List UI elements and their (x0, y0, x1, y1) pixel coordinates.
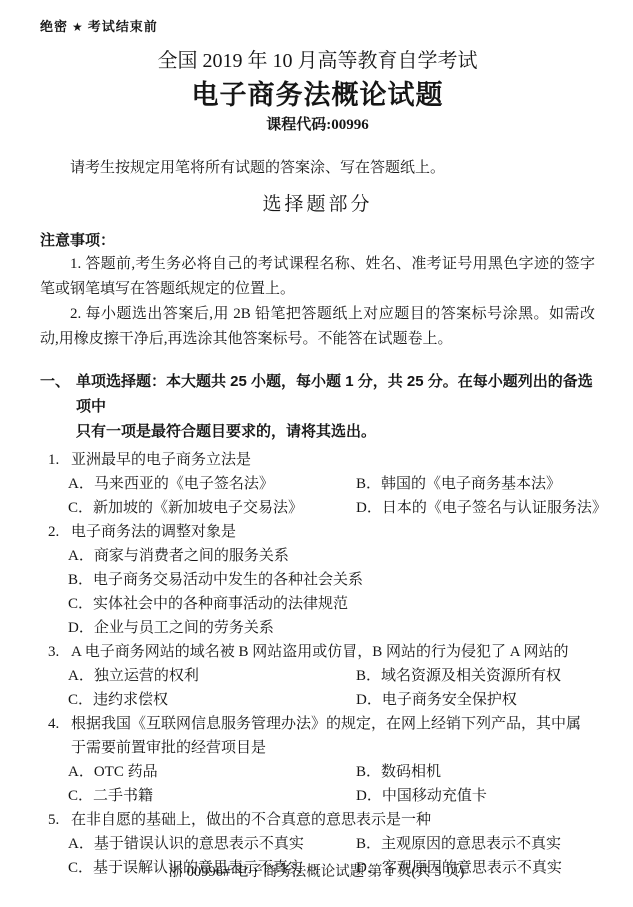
question-stem: 2.电子商务法的调整对象是 (48, 520, 595, 544)
notice-item-1: 1. 答题前,考生务必将自己的考试课程名称、姓名、准考证号用黑色字迹的签字笔或钢… (40, 252, 595, 302)
question-text: 在非自愿的基础上，做出的不合真意的意思表示是一种 (71, 812, 431, 828)
question-number: 1. (48, 448, 71, 472)
questions-list: 1.亚洲最早的电子商务立法是A．马来西亚的《电子签名法》B．韩国的《电子商务基本… (40, 448, 595, 880)
question-item: 2.电子商务法的调整对象是A．商家与消费者之间的服务关系B．电子商务交易活动中发… (48, 520, 595, 640)
question-item: 4.根据我国《互联网信息服务管理办法》的规定，在网上经销下列产品，其中属于需要前… (48, 712, 595, 808)
course-code-label: 课程代码 (266, 116, 326, 133)
classification-level: 绝密 (40, 19, 68, 34)
question-number: 4. (48, 712, 71, 736)
section-title: 选择题部分 (40, 192, 595, 217)
option-D: D．日本的《电子签名与认证服务法》 (356, 496, 607, 520)
question-stem: 3.A 电子商务网站的域名被 B 网站盗用或仿冒，B 网站的行为侵犯了 A 网站… (48, 640, 595, 664)
course-code-value: :00996 (326, 117, 369, 133)
option-D: D．企业与员工之间的劳务关系 (68, 616, 595, 640)
question-number: 2. (48, 520, 71, 544)
option-B: B．主观原因的意思表示不真实 (356, 832, 595, 856)
question-stem: 4.根据我国《互联网信息服务管理办法》的规定，在网上经销下列产品，其中属于需要前… (48, 712, 595, 760)
question-stem: 5.在非自愿的基础上，做出的不合真意的意思表示是一种 (48, 808, 595, 832)
notice-title: 注意事项： (40, 229, 595, 252)
option-A: A．商家与消费者之间的服务关系 (68, 544, 595, 568)
question-options: A．OTC 药品B．数码相机C．二手书籍D．中国移动充值卡 (48, 760, 595, 808)
option-A: A．基于错误认识的意思表示不真实 (68, 832, 356, 856)
question-stem: 1.亚洲最早的电子商务立法是 (48, 448, 595, 472)
question-text: 根据我国《互联网信息服务管理办法》的规定，在网上经销下列产品，其中属于需要前置审… (71, 716, 581, 756)
question-options: A．马来西亚的《电子签名法》B．韩国的《电子商务基本法》C．新加坡的《新加坡电子… (48, 472, 595, 520)
option-B: B．电子商务交易活动中发生的各种社会关系 (68, 568, 595, 592)
option-B: B．域名资源及相关资源所有权 (356, 664, 595, 688)
question-number: 5. (48, 808, 71, 832)
question-item: 3.A 电子商务网站的域名被 B 网站盗用或仿冒，B 网站的行为侵犯了 A 网站… (48, 640, 595, 712)
option-C: C．新加坡的《新加坡电子交易法》 (68, 496, 356, 520)
question-text: 电子商务法的调整对象是 (71, 524, 236, 540)
option-D: D．中国移动充值卡 (356, 784, 595, 808)
option-C: C．违约求偿权 (68, 688, 356, 712)
option-C: C．二手书籍 (68, 784, 356, 808)
classification-note: 考试结束前 (88, 19, 158, 34)
classification-line: 绝密★考试结束前 (40, 16, 595, 35)
part-number: 一、 (40, 369, 76, 394)
page-footer: 浙 00996# 电子商务法概论试题 第 1 页(共 5 页) (0, 862, 633, 882)
option-A: A．OTC 药品 (68, 760, 356, 784)
notice-item-2: 2. 每小题选出答案后,用 2B 铅笔把答题纸上对应题目的答案标号涂黑。如需改动… (40, 302, 595, 352)
part-heading-line-1: 单项选择题：本大题共 25 小题，每小题 1 分，共 25 分。在每小题列出的备… (76, 373, 593, 415)
exam-paper-page: 绝密★考试结束前 全国 2019 年 10 月高等教育自学考试 电子商务法概论试… (0, 0, 633, 907)
exam-title: 全国 2019 年 10 月高等教育自学考试 (40, 48, 595, 75)
option-D: D．电子商务安全保护权 (356, 688, 595, 712)
part-heading-line-2: 只有一项是最符合题目要求的，请将其选出。 (76, 423, 376, 440)
question-text: 亚洲最早的电子商务立法是 (71, 452, 251, 468)
question-options: A．独立运营的权利B．域名资源及相关资源所有权C．违约求偿权D．电子商务安全保护… (48, 664, 595, 712)
option-B: B．韩国的《电子商务基本法》 (356, 472, 607, 496)
course-code-line: 课程代码:00996 (40, 114, 595, 136)
paper-title: 电子商务法概论试题 (40, 78, 595, 112)
question-options: A．商家与消费者之间的服务关系B．电子商务交易活动中发生的各种社会关系C．实体社… (48, 544, 595, 640)
notice-list: 1. 答题前,考生务必将自己的考试课程名称、姓名、准考证号用黑色字迹的签字笔或钢… (40, 252, 595, 352)
question-text: A 电子商务网站的域名被 B 网站盗用或仿冒，B 网站的行为侵犯了 A 网站的 (71, 644, 569, 660)
option-A: A．马来西亚的《电子签名法》 (68, 472, 356, 496)
option-A: A．独立运营的权利 (68, 664, 356, 688)
question-number: 3. (48, 640, 71, 664)
answer-sheet-instruction: 请考生按规定用笔将所有试题的答案涂、写在答题纸上。 (40, 157, 595, 179)
part-one-heading: 一、单项选择题：本大题共 25 小题，每小题 1 分，共 25 分。在每小题列出… (40, 369, 595, 444)
star-icon: ★ (68, 20, 88, 34)
question-item: 1.亚洲最早的电子商务立法是A．马来西亚的《电子签名法》B．韩国的《电子商务基本… (48, 448, 595, 520)
option-C: C．实体社会中的各种商事活动的法律规范 (68, 592, 595, 616)
option-B: B．数码相机 (356, 760, 595, 784)
